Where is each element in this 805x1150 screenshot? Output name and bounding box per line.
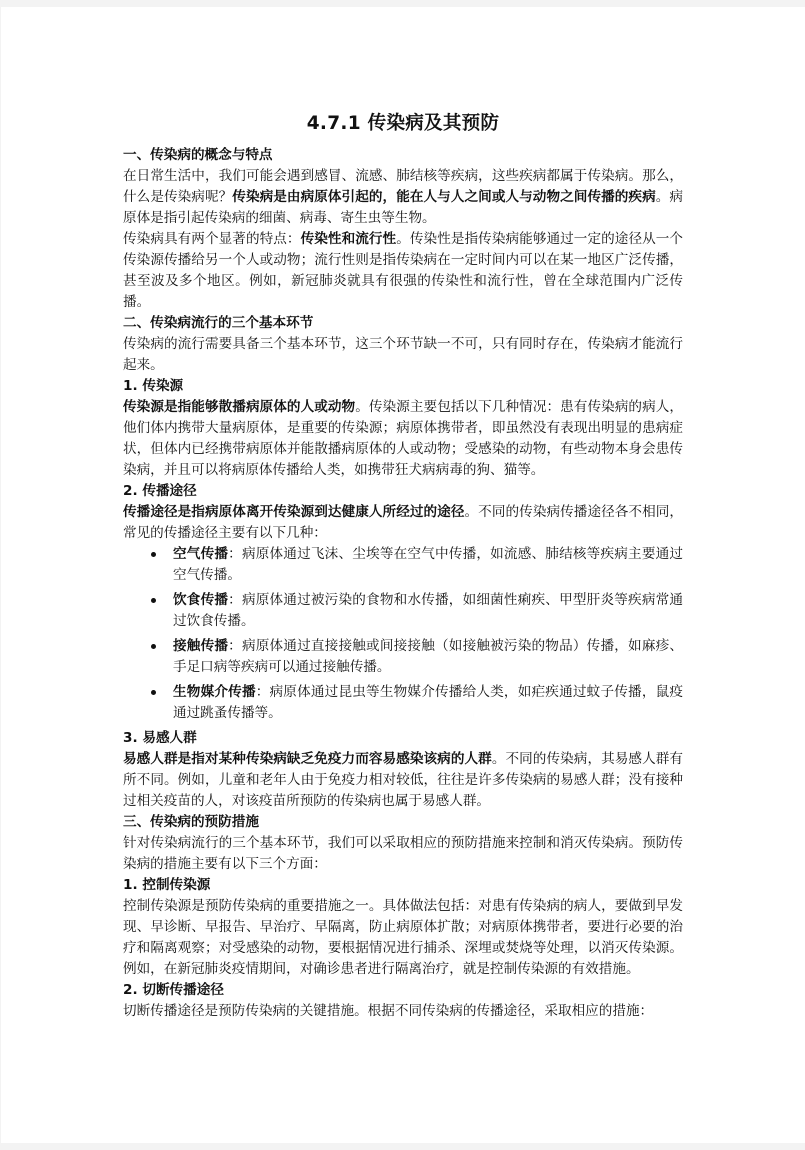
route-list: 空气传播：病原体通过飞沫、尘埃等在空气中传播，如流感、肺结核等疾病主要通过空气传… [123,544,683,724]
text: 传染病具有两个显著的特点： [123,231,301,247]
bold-definition: 传染病是由病原体引起的，能在人与人之间或人与动物之间传播的疾病 [232,189,655,205]
subheading-source: 1. 传染源 [123,376,683,397]
page-title: 4.7.1 传染病及其预防 [1,111,805,137]
paragraph-control-source: 控制传染源是预防传染病的重要措施之一。具体做法包括：对患有传染病的病人，要做到早… [123,896,683,980]
document-body: 一、传染病的概念与特点 在日常生活中，我们可能会遇到感冒、流感、肺结核等疾病，这… [123,145,683,1022]
list-item-airborne: 空气传播：病原体通过飞沫、尘埃等在空气中传播，如流感、肺结核等疾病主要通过空气传… [173,544,683,586]
list-item-foodborne: 饮食传播：病原体通过被污染的食物和水传播，如细菌性痢疾、甲型肝炎等疾病常通过饮食… [173,590,683,632]
section-heading-concept: 一、传染病的概念与特点 [123,145,683,166]
list-item-label: 生物媒介传播 [173,684,256,700]
list-item-text: ：病原体通过直接接触或间接接触（如接触被污染的物品）传播，如麻疹、手足口病等疾病… [173,638,683,675]
subheading-susceptible: 3. 易感人群 [123,728,683,749]
section-heading-prevention: 三、传染病的预防措施 [123,812,683,833]
paragraph-route: 传播途径是指病原体离开传染源到达健康人所经过的途径。不同的传染病传播途径各不相同… [123,502,683,544]
subheading-control-source: 1. 控制传染源 [123,875,683,896]
bold-source-definition: 传染源是指能够散播病原体的人或动物 [123,399,355,415]
section-heading-links: 二、传染病流行的三个基本环节 [123,313,683,334]
bold-susceptible-definition: 易感人群是指对某种传染病缺乏免疫力而容易感染该病的人群 [123,751,492,767]
list-item-text: ：病原体通过飞沫、尘埃等在空气中传播，如流感、肺结核等疾病主要通过空气传播。 [173,546,683,583]
subheading-cut-route: 2. 切断传播途径 [123,980,683,1001]
list-item-label: 接触传播 [173,638,228,654]
paragraph-definition: 在日常生活中，我们可能会遇到感冒、流感、肺结核等疾病，这些疾病都属于传染病。那么… [123,166,683,229]
list-item-label: 空气传播 [173,546,228,562]
paragraph-cut-route: 切断传播途径是预防传染病的关键措施。根据不同传染病的传播途径，采取相应的措施： [123,1001,683,1022]
list-item-label: 饮食传播 [173,592,228,608]
list-item-contact: 接触传播：病原体通过直接接触或间接接触（如接触被污染的物品）传播，如麻疹、手足口… [173,636,683,678]
paragraph-source: 传染源是指能够散播病原体的人或动物。传染源主要包括以下几种情况：患有传染病的病人… [123,397,683,481]
bold-route-definition: 传播途径是指病原体离开传染源到达健康人所经过的途径 [123,504,465,520]
paragraph-prevention-intro: 针对传染病流行的三个基本环节，我们可以采取相应的预防措施来控制和消灭传染病。预防… [123,833,683,875]
paragraph-susceptible: 易感人群是指对某种传染病缺乏免疫力而容易感染该病的人群。不同的传染病，其易感人群… [123,749,683,812]
paragraph-characteristics: 传染病具有两个显著的特点：传染性和流行性。传染性是指传染病能够通过一定的途径从一… [123,229,683,313]
bold-characteristics: 传染性和流行性 [301,231,397,247]
subheading-route: 2. 传播途径 [123,481,683,502]
paragraph-links-intro: 传染病的流行需要具备三个基本环节，这三个环节缺一不可，只有同时存在，传染病才能流… [123,334,683,376]
document-page: 4.7.1 传染病及其预防 一、传染病的概念与特点 在日常生活中，我们可能会遇到… [1,7,805,1143]
list-item-text: ：病原体通过被污染的食物和水传播，如细菌性痢疾、甲型肝炎等疾病常通过饮食传播。 [173,592,683,629]
list-item-vector: 生物媒介传播：病原体通过昆虫等生物媒介传播给人类，如疟疾通过蚊子传播，鼠疫通过跳… [173,682,683,724]
